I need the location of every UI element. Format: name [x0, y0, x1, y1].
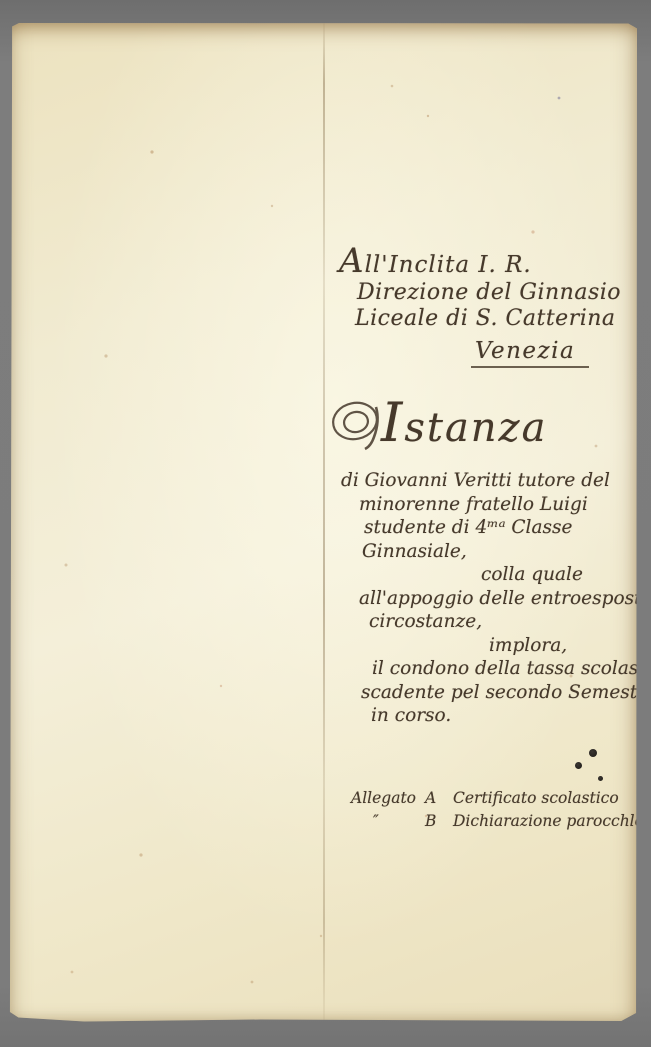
- recipient-line-1: All'Inclita I. R.: [339, 241, 532, 281]
- attachments-list: Allegato A Certificato scolastico ″ B Di…: [351, 787, 644, 833]
- body-line: di Giovanni Veritti tutore del: [341, 469, 651, 493]
- body-line: colla quale: [481, 563, 651, 587]
- paper-speckles: [9, 23, 11, 25]
- attachment-letter: B: [425, 810, 453, 833]
- body-line: all'appoggio delle entroesposte: [359, 587, 651, 611]
- ink-spot: [575, 762, 582, 769]
- attachment-letter: A: [425, 787, 453, 810]
- scan-backdrop: All'Inclita I. R. Direzione del Ginnasio…: [0, 0, 651, 1047]
- document-title: Istanza: [381, 391, 547, 454]
- petition-body: di Giovanni Veritti tutore del minorenne…: [321, 469, 651, 728]
- attachment-text: Dichiarazione parocchle: [453, 810, 644, 833]
- attachment-label: Allegato: [351, 787, 413, 810]
- recipient-line-3: Liceale di S. Catterina: [355, 306, 616, 331]
- city-name-underlined: Venezia: [471, 338, 589, 368]
- body-line: studente di 4ᵐᵃ Classe: [364, 516, 651, 540]
- attachment-ditto-mark: ″: [351, 810, 413, 833]
- recipient-line-2: Direzione del Ginnasio: [357, 280, 621, 305]
- body-line: minorenne fratello Luigi: [359, 493, 651, 517]
- body-line: implora,: [489, 634, 651, 658]
- body-line: circostanze,: [369, 610, 651, 634]
- manuscript-page: All'Inclita I. R. Direzione del Ginnasio…: [9, 23, 637, 1022]
- body-line: scadente pel secondo Semestre: [361, 681, 651, 705]
- attachment-text: Certificato scolastico: [453, 787, 619, 810]
- attachment-row-a: Allegato A Certificato scolastico: [351, 787, 644, 810]
- ink-spot: [598, 776, 603, 781]
- ink-spot: [589, 749, 597, 757]
- body-line: Ginnasiale,: [362, 540, 651, 564]
- attachment-row-b: ″ B Dichiarazione parocchle: [351, 810, 644, 833]
- body-line: il condono della tassa scolastica: [372, 657, 651, 681]
- body-line: in corso.: [371, 704, 651, 728]
- title-initial-flourish-icon: [329, 395, 387, 453]
